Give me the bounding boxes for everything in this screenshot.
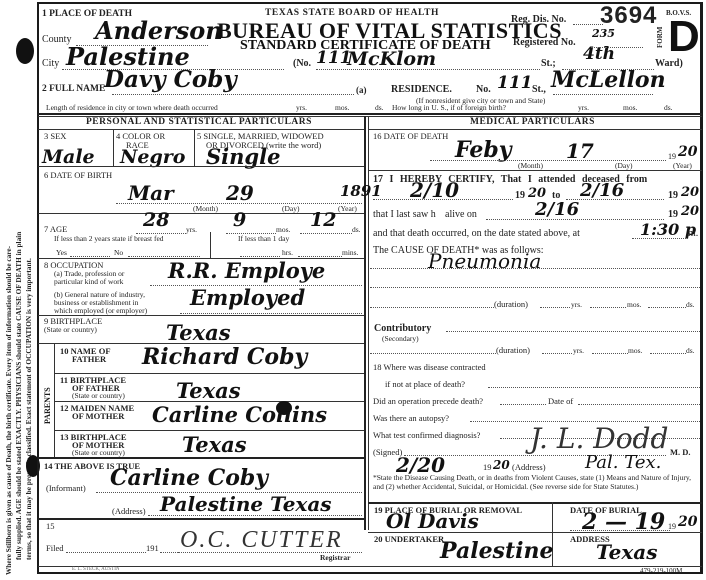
reg-dis-number: 3694 [600, 2, 657, 30]
divider [38, 566, 702, 567]
age-yrs-label: yrs. [186, 225, 197, 234]
filed-year-line [160, 552, 178, 553]
occupation-b-value[interactable]: Employed [190, 285, 305, 310]
occupation-b-line [180, 313, 362, 314]
board-name: TEXAS STATE BOARD OF HEALTH [265, 8, 439, 18]
duration-label: (duration) [494, 299, 528, 309]
length-ds: ds. [375, 103, 384, 112]
divider [210, 232, 211, 258]
q18-line [488, 387, 700, 388]
occupation-a-value[interactable]: R.R. Employe [168, 258, 325, 283]
column-divider [364, 116, 366, 530]
last-saw-year-prefix: 19 [668, 209, 678, 220]
informant-value[interactable]: Carline Coby [110, 465, 268, 491]
residence-no-label: No. [476, 84, 491, 95]
father-birthplace-value[interactable]: Texas [176, 378, 241, 403]
duration-line [370, 307, 494, 308]
undertaker-label: 20 UNDERTAKER [374, 534, 444, 544]
mother-name-value[interactable]: Carline Collins [152, 402, 327, 427]
divider [38, 166, 364, 167]
occupation-a-label-2: particular kind of work [54, 277, 123, 286]
divider [194, 129, 195, 166]
filed-number: 15 [46, 521, 55, 531]
physician-address-value[interactable]: Pal. Tex. [585, 452, 661, 473]
burial-date-line [570, 530, 670, 531]
signed-year-value[interactable]: 20 [493, 458, 510, 472]
parents-vertical-label: PARENTS [43, 387, 52, 424]
autopsy-label: Was there an autopsy? [373, 413, 449, 423]
age-years-value[interactable]: 28 [143, 209, 169, 231]
duration-mos: mos. [627, 300, 641, 309]
margin-instruction-line-1: Where Stillborn is given as cause of Dea… [4, 246, 13, 575]
yes-label: Yes [56, 248, 67, 257]
sex-label: 3 SEX [44, 131, 66, 141]
foreign-label: How long in U. S., if of foreign birth? [392, 103, 506, 112]
printer-mark: E. L. STECK, AUSTIN [72, 567, 120, 572]
age-ds-label: ds. [352, 225, 361, 234]
divider [368, 129, 702, 130]
reg-dis-label: Reg. Dis. No. [511, 14, 566, 25]
contributory-ds: ds. [686, 346, 695, 355]
foreign-yrs: yrs. [578, 103, 589, 112]
occupation-b-label-3: which employed (or employer) [54, 306, 147, 315]
to-year-prefix: 19 [668, 190, 678, 201]
death-year-value[interactable]: 20 [678, 144, 697, 160]
residence-line [553, 94, 653, 95]
last-saw-line [486, 219, 664, 220]
registered-no-label: Registered No. [513, 37, 576, 48]
duration-mos-line [590, 307, 626, 308]
secondary-label: (Secondary) [382, 334, 419, 343]
duration-yrs-line [540, 307, 570, 308]
age-line [300, 233, 352, 234]
registrar-stamp: O.C. CUTTER [180, 527, 343, 554]
margin-instruction-line-2: fully supplied. AGE should be stated EXA… [14, 232, 23, 560]
dob-month-value[interactable]: Mar [128, 181, 174, 205]
duration-ds-line [648, 307, 686, 308]
form-letter: D [668, 12, 700, 62]
operation-date-label: Date of [548, 396, 573, 406]
burial-place-value[interactable]: Ol Davis [386, 509, 479, 533]
contributory-duration-label: (duration) [496, 345, 530, 355]
no-label: No [114, 248, 123, 257]
residence-no-value[interactable]: 111 [497, 73, 533, 93]
operation-label: Did an operation precede death? [373, 396, 483, 406]
q18-sub-label: if not at place of death? [385, 379, 465, 389]
county-value[interactable]: Anderson [95, 16, 223, 45]
breast-fed-label: If less than 2 years state if breast fed [54, 234, 164, 243]
registered-no-value[interactable]: 235 [592, 27, 615, 40]
full-name-label: 2 FULL NAME [42, 84, 105, 94]
divider [368, 170, 702, 171]
street-name-value[interactable]: McKlom [347, 48, 436, 70]
informant-address-value[interactable]: Palestine Texas [160, 492, 332, 516]
cause-line-2 [370, 287, 700, 288]
death-day-caption: (Day) [615, 161, 633, 170]
cause-footnote: *State the Disease Causing Death, or in … [373, 474, 699, 491]
divider [38, 518, 364, 520]
less-day-label: If less than 1 day [238, 234, 289, 243]
length-residence-label: Length of residence in city or town wher… [46, 103, 218, 112]
duration-ds: ds. [686, 300, 695, 309]
m-label: m. [688, 228, 698, 239]
alive-on-label: alive on [445, 209, 477, 220]
date-of-death-label: 16 DATE OF DEATH [373, 131, 448, 141]
form-code: 479-219-100M [640, 567, 682, 575]
reg-dis-line [573, 24, 603, 25]
divider [368, 532, 702, 533]
length-mos: mos. [335, 103, 349, 112]
residence-label: RESIDENCE. [391, 84, 452, 95]
attended-from-line [373, 199, 513, 200]
age-months-value[interactable]: 9 [233, 209, 246, 231]
attended-to-value[interactable]: 2/16 [580, 180, 624, 201]
street-line [316, 69, 540, 70]
contributory-yrs-line [542, 353, 572, 354]
parents-divider [54, 343, 55, 457]
contributory-duration-line [370, 353, 496, 354]
father-name-value[interactable]: Richard Coby [142, 344, 307, 370]
attended-to-line [566, 199, 664, 200]
sex-value[interactable]: Male [42, 146, 95, 168]
city-label: City [42, 58, 59, 69]
age-mos-label: mos. [276, 225, 290, 234]
year-caption: (Year) [338, 204, 357, 213]
day-caption: (Day) [282, 204, 300, 213]
foreign-ds: ds. [664, 103, 673, 112]
last-saw-value[interactable]: 2/16 [535, 199, 579, 220]
burial-year-prefix: 19 [668, 522, 676, 531]
mother-name-label-2: OF MOTHER [72, 411, 124, 421]
column-divider [368, 116, 369, 530]
registered-no-line [591, 47, 643, 48]
dob-label: 6 DATE OF BIRTH [44, 170, 112, 180]
duration-yrs: yrs. [571, 300, 582, 309]
hrs-label: hrs. [282, 248, 293, 257]
ink-blot [16, 38, 34, 64]
birthplace-sub: (State or country) [44, 325, 97, 334]
full-name-a-label: (a) [356, 85, 367, 95]
death-year-prefix: 19 [668, 152, 676, 161]
undertaker-value[interactable]: Palestine [440, 538, 553, 564]
contributory-ds-line [650, 353, 686, 354]
contributory-mos: mos. [628, 346, 642, 355]
yes-line [70, 256, 110, 257]
cause-line [370, 268, 700, 269]
filed-label: Filed [46, 543, 63, 553]
age-days-value[interactable]: 12 [310, 209, 336, 231]
no-label: (No. [293, 58, 311, 69]
dob-line [116, 203, 362, 204]
personal-heading: PERSONAL AND STATISTICAL PARTICULARS [86, 117, 312, 127]
contributory-mos-line [592, 353, 628, 354]
age-label: 7 AGE [44, 224, 67, 234]
death-occurred-label: and that death occurred, on the date sta… [373, 228, 580, 239]
test-label: What test confirmed diagnosis? [373, 430, 480, 440]
margin-instructions: Where Stillborn is given as cause of Dea… [0, 0, 36, 580]
filed-year-prefix: 191 [146, 543, 159, 553]
time-line [632, 238, 688, 239]
to-year-value[interactable]: 20 [681, 185, 699, 200]
mins-line [298, 256, 342, 257]
mother-birthplace-sub: (State or country) [72, 448, 125, 457]
full-name-line [112, 94, 354, 95]
md-label: M. D. [670, 447, 691, 457]
signed-year-prefix: 19 [483, 462, 492, 472]
mins-label: mins. [342, 248, 358, 257]
residence-st-value[interactable]: McLellon [551, 67, 666, 93]
divider [54, 430, 364, 431]
operation-date-line [578, 404, 700, 405]
full-name-value[interactable]: Davy Coby [104, 66, 237, 93]
foreign-mos: mos. [623, 103, 637, 112]
margin-instruction-line-3: terms, so that it may be properly classi… [24, 258, 33, 560]
contributory-label: Contributory [374, 323, 431, 334]
last-saw-year-value[interactable]: 20 [681, 204, 699, 219]
informant-label: (Informant) [46, 483, 86, 493]
filed-line [66, 552, 146, 553]
death-year-caption: (Year) [673, 161, 692, 170]
dob-day-value[interactable]: 29 [226, 181, 254, 205]
divider [38, 129, 364, 130]
contributory-line [446, 331, 700, 332]
length-yrs: yrs. [296, 103, 307, 112]
contributory-yrs: yrs. [573, 346, 584, 355]
physician-address-label: (Address) [512, 462, 546, 472]
operation-line [500, 404, 546, 405]
mother-birthplace-value[interactable]: Texas [182, 432, 247, 457]
hrs-line [240, 256, 280, 257]
residence-st-label: St., [532, 84, 546, 95]
medical-heading: MEDICAL PARTICULARS [470, 117, 595, 127]
month-caption: (Month) [193, 204, 218, 213]
father-name-label-2: FATHER [72, 354, 106, 364]
last-saw-label: that I last saw h [373, 209, 436, 220]
divider [38, 457, 364, 459]
divider [368, 502, 702, 504]
father-birthplace-sub: (State or country) [72, 391, 125, 400]
registrar-label: Registrar [320, 553, 350, 562]
burial-year-value[interactable]: 20 [678, 514, 697, 530]
birthplace-value[interactable]: Texas [166, 320, 231, 345]
divider [54, 373, 364, 374]
death-month-caption: (Month) [518, 161, 543, 170]
cause-of-death-value[interactable]: Pneumonia [428, 249, 541, 273]
undertaker-address-value[interactable]: Texas [596, 540, 657, 564]
divider [113, 129, 114, 166]
color-value[interactable]: Negro [120, 146, 185, 168]
ink-blot [276, 401, 292, 415]
q18-label: 18 Where was disease contracted [373, 362, 486, 372]
physician-signature[interactable]: J. L. Dodd [530, 422, 668, 455]
form-vertical-label: FORM [656, 27, 664, 48]
from-year-prefix: 19 [515, 190, 525, 201]
no-line [128, 256, 200, 257]
divider [38, 113, 702, 115]
informant-address-label: (Address) [112, 506, 146, 516]
